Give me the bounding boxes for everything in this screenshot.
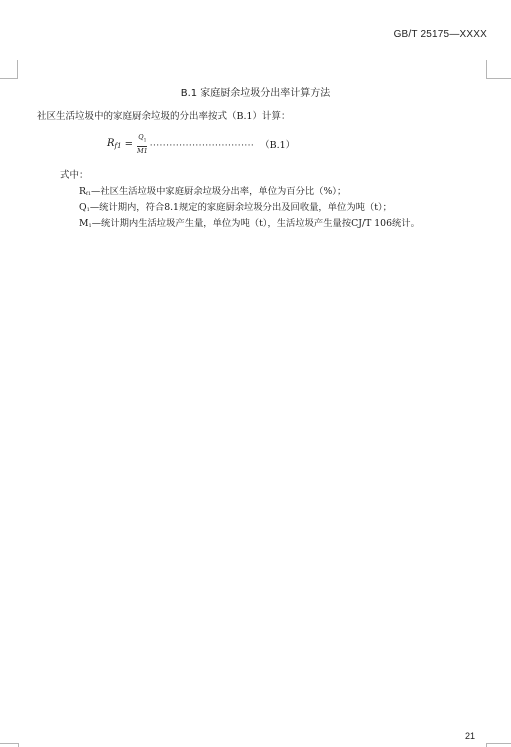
standard-code-header: GB/T 25175—XXXX — [394, 29, 487, 40]
definition-symbol: M1 — [79, 218, 92, 229]
formula-denominator: M1 — [136, 147, 149, 155]
intro-paragraph: 社区生活垃圾中的家庭厨余垃圾的分出率按式（B.1）计算： — [37, 108, 291, 122]
crop-mark-line — [486, 78, 511, 79]
definition-text: —统计期内生活垃圾产生量，单位为吨（t），生活垃圾产生量按CJ/T 106统计。 — [92, 218, 420, 229]
crop-mark-line — [486, 743, 511, 744]
definition-symbol: Rf1 — [79, 186, 91, 197]
section-title: B.1 家庭厨余垃圾分出率计算方法 — [0, 84, 511, 99]
definition-symbol: Q1 — [79, 202, 90, 213]
symbol-letter: M — [79, 218, 89, 229]
symbol-letter: R — [79, 186, 86, 197]
definition-text: —社区生活垃圾中家庭厨余垃圾分出率，单位为百分比（%）； — [91, 186, 346, 197]
where-label: 式中： — [60, 167, 89, 181]
symbol-letter: Q — [79, 202, 87, 213]
equation-number: （B.1） — [260, 137, 295, 151]
page-number: 21 — [465, 731, 475, 741]
crop-mark-line — [17, 60, 18, 79]
numerator-subscript: 1 — [144, 139, 147, 144]
formula-b1: Rf1 = Q1 M1 ····························… — [107, 133, 295, 155]
formula-leader-dots: ································ — [150, 141, 254, 151]
formula-equals: = — [125, 139, 133, 150]
formula-lhs-subscript: f1 — [115, 142, 122, 150]
definition-item: Q1—统计期内，符合8.1规定的家庭厨余垃圾分出及回收量，单位为吨（t）； — [79, 199, 392, 213]
crop-mark-line — [486, 60, 487, 79]
formula-lhs-symbol: R — [107, 138, 115, 149]
definition-item: Rf1—社区生活垃圾中家庭厨余垃圾分出率，单位为百分比（%）； — [79, 183, 346, 197]
formula-numerator: Q1 — [137, 133, 147, 146]
document-page: GB/T 25175—XXXX B.1 家庭厨余垃圾分出率计算方法 社区生活垃圾… — [0, 0, 511, 747]
crop-mark-line — [0, 743, 19, 744]
formula-fraction: Q1 M1 — [136, 133, 149, 154]
formula-lhs: Rf1 — [107, 138, 122, 150]
definition-item: M1—统计期内生活垃圾产生量，单位为吨（t），生活垃圾产生量按CJ/T 106统… — [79, 215, 420, 229]
crop-mark-line — [0, 78, 18, 79]
definition-text: —统计期内，符合8.1规定的家庭厨余垃圾分出及回收量，单位为吨（t）； — [90, 202, 392, 213]
